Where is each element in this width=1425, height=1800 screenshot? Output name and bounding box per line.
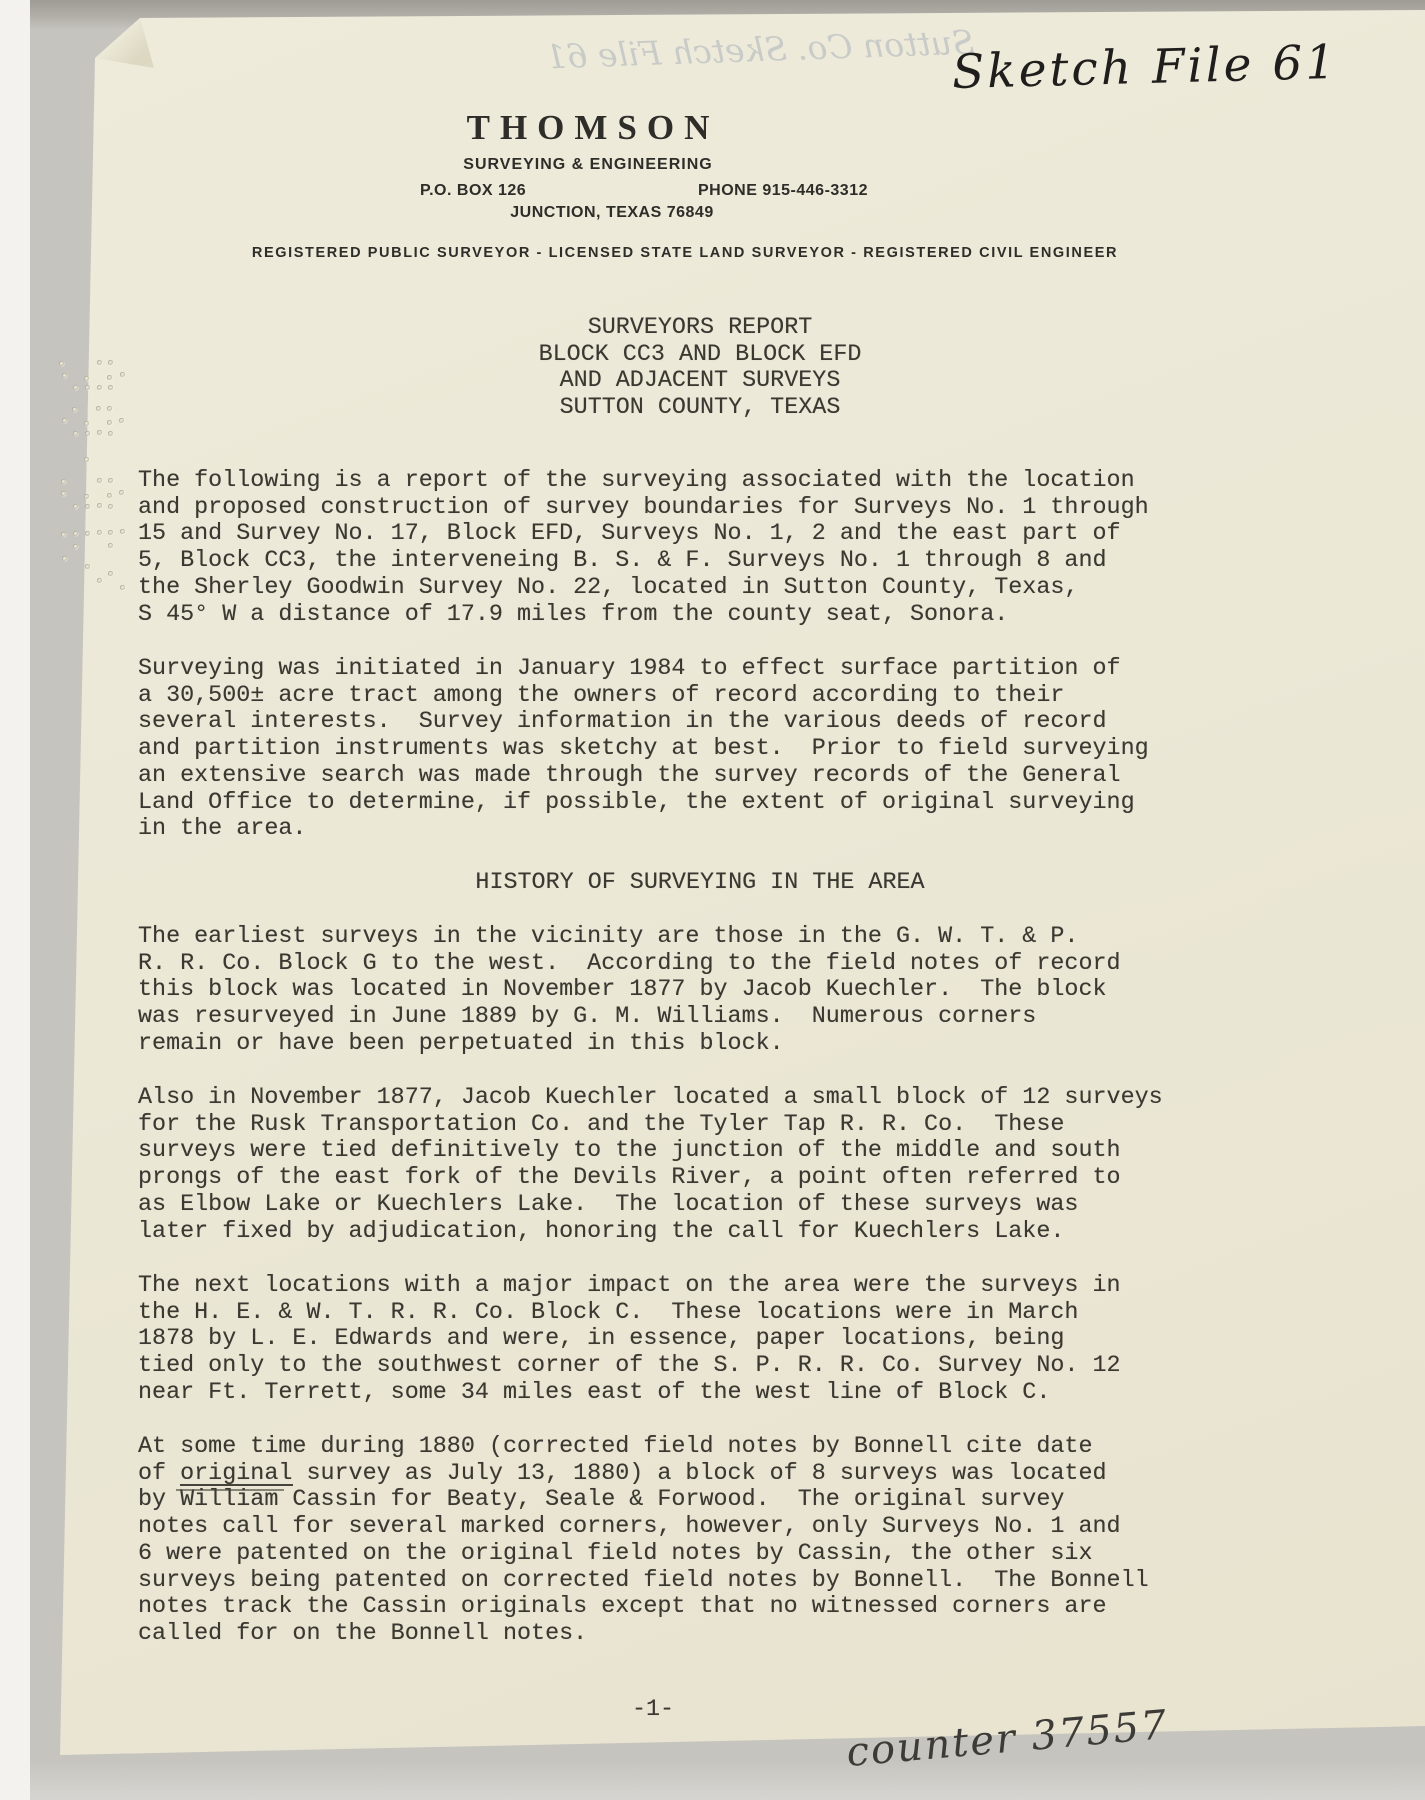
emboss-dot <box>62 418 67 423</box>
page-content: Sutton Co. Sketch File 61 Sketch File 61… <box>0 0 1425 1800</box>
letterhead-city-line: JUNCTION, TEXAS 76849 <box>412 204 812 222</box>
scanned-document: Sutton Co. Sketch File 61 Sketch File 61… <box>0 0 1425 1800</box>
emboss-dot <box>59 361 64 366</box>
emboss-dot <box>61 479 66 484</box>
emboss-dot <box>85 531 90 536</box>
emboss-dot <box>108 504 113 509</box>
emboss-dot <box>108 530 113 535</box>
letterhead-division: SURVEYING & ENGINEERING <box>388 156 788 174</box>
letterhead-po-box: P.O. BOX 126 <box>420 182 526 200</box>
paragraph-5: The next locations with a major impact o… <box>138 1273 1121 1407</box>
emboss-dot <box>108 360 113 365</box>
paragraph-3: The earliest surveys in the vicinity are… <box>138 924 1121 1058</box>
emboss-dot <box>84 494 89 499</box>
emboss-dot <box>85 564 90 569</box>
paragraph-6: At some time during 1880 (corrected fiel… <box>138 1434 1149 1648</box>
typed-underline-original <box>180 1484 293 1486</box>
section-heading: HISTORY OF SURVEYING IN THE AREA <box>150 870 1250 897</box>
emboss-dot <box>97 385 102 390</box>
paragraph-4: Also in November 1877, Jacob Kuechler lo… <box>138 1085 1163 1245</box>
emboss-dot <box>97 578 102 583</box>
emboss-dot <box>97 430 102 435</box>
emboss-dot <box>85 385 90 390</box>
typed-underline-restrike <box>176 1489 284 1491</box>
emboss-dot <box>85 431 90 436</box>
ink-bleed-through-text: Sutton Co. Sketch File 61 <box>544 23 975 77</box>
emboss-dot <box>108 543 113 548</box>
emboss-dot <box>97 503 102 508</box>
emboss-dot <box>73 431 78 436</box>
emboss-dot <box>108 431 113 436</box>
emboss-dot <box>107 406 112 411</box>
emboss-dot <box>107 420 112 425</box>
emboss-dot <box>97 478 102 483</box>
emboss-dot <box>72 407 77 412</box>
emboss-dot <box>61 532 66 537</box>
emboss-dot <box>96 406 101 411</box>
emboss-dot <box>73 531 78 536</box>
emboss-dot <box>107 493 112 498</box>
emboss-dot <box>119 418 124 423</box>
letterhead-company-name: THOMSON <box>388 108 788 148</box>
emboss-dot <box>97 360 102 365</box>
emboss-dot <box>119 490 124 495</box>
emboss-dot <box>120 529 125 534</box>
emboss-dot <box>62 556 67 561</box>
emboss-dot <box>97 530 102 535</box>
letterhead-credentials: REGISTERED PUBLIC SURVEYOR - LICENSED ST… <box>225 245 1145 261</box>
emboss-dot <box>85 504 90 509</box>
emboss-dot <box>73 504 78 509</box>
emboss-dot <box>108 571 113 576</box>
emboss-dot <box>120 585 125 590</box>
emboss-dot <box>107 375 112 380</box>
emboss-dot <box>61 491 66 496</box>
letterhead-phone: PHONE 915-446-3312 <box>698 182 868 200</box>
emboss-dot <box>62 373 67 378</box>
emboss-dot <box>84 376 89 381</box>
emboss-dot <box>84 457 89 462</box>
paragraph-1: The following is a report of the surveyi… <box>138 468 1149 628</box>
emboss-dot <box>84 421 89 426</box>
paragraph-2: Surveying was initiated in January 1984 … <box>138 656 1149 843</box>
emboss-dot <box>108 385 113 390</box>
emboss-dot <box>73 385 78 390</box>
report-title: SURVEYORS REPORT BLOCK CC3 AND BLOCK EFD… <box>150 315 1250 422</box>
emboss-dot <box>108 478 113 483</box>
emboss-dot <box>73 544 78 549</box>
sketch-file-annotation: Sketch File 61 <box>951 35 1338 100</box>
emboss-dot <box>120 372 125 377</box>
